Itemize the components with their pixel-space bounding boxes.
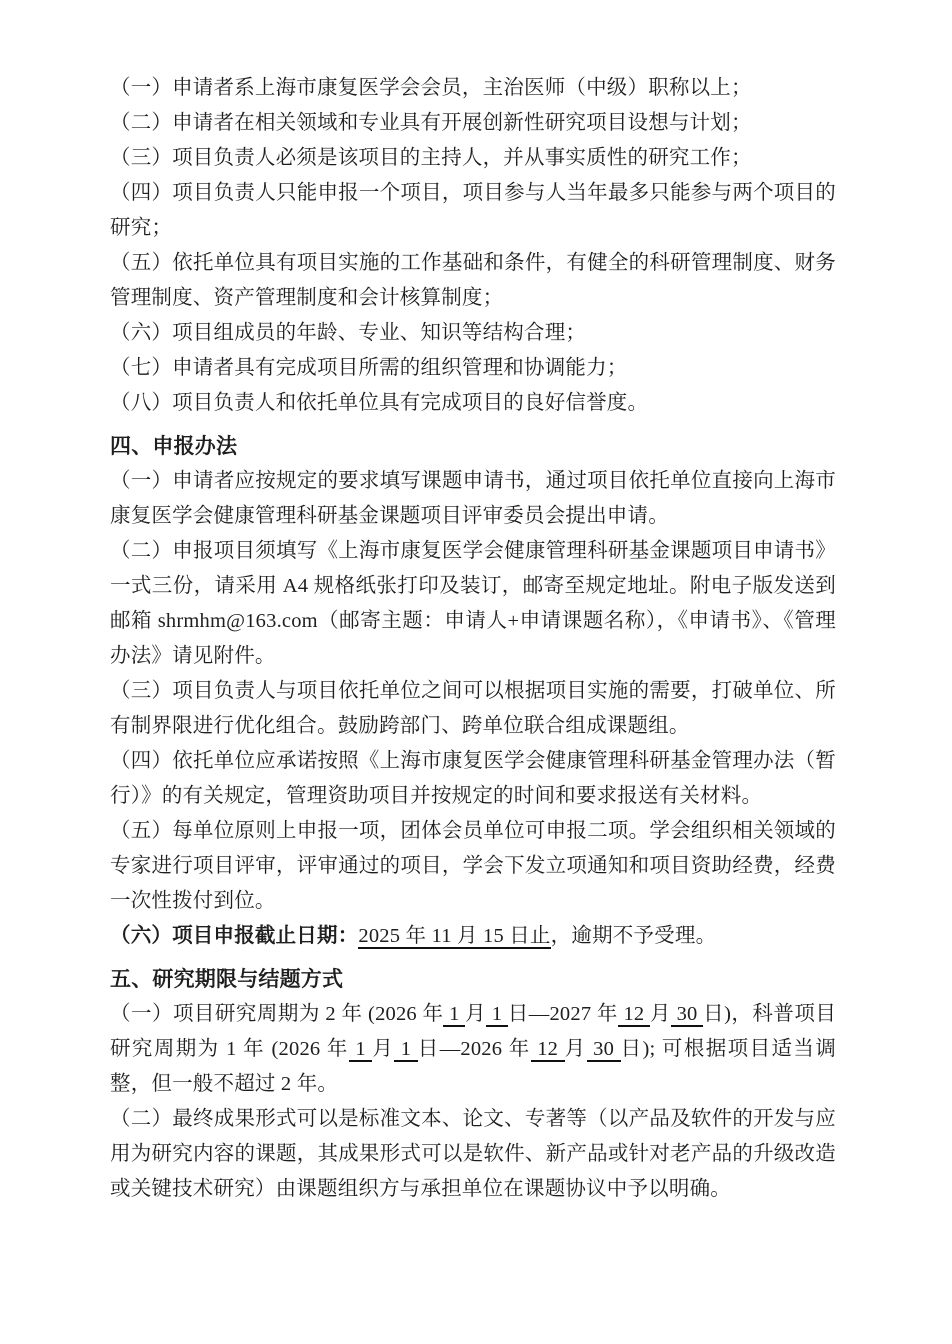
- document-page: （一）申请者系上海市康复医学会会员，主治医师（中级）职称以上；（二）申请者在相关…: [0, 0, 952, 1344]
- criteria-item-2: （二）申请者在相关领域和专业具有开展创新性研究项目设想与计划；: [110, 106, 836, 141]
- text-segment: 五、研究期限与结题方式: [110, 967, 343, 991]
- text-segment: 12: [618, 1003, 650, 1027]
- application-item-6: （六）项目申报截止日期：2025 年 11 月 15 日止，逾期不予受理。: [110, 919, 836, 954]
- text-segment: （二）申报项目须填写《上海市康复医学会健康管理科研基金课题项目申请书》一式三份，…: [110, 540, 836, 667]
- criteria-item-1: （一）申请者系上海市康复医学会会员，主治医师（中级）职称以上；: [110, 71, 836, 106]
- text-segment: （六）项目组成员的年龄、专业、知识等结构合理；: [110, 322, 586, 344]
- text-segment: （二）申请者在相关领域和专业具有开展创新性研究项目设想与计划；: [110, 112, 752, 134]
- text-segment: 1: [486, 1003, 508, 1027]
- text-segment: ，逾期不予受理。: [551, 925, 717, 947]
- text-segment: （七）申请者具有完成项目所需的组织管理和协调能力；: [110, 357, 628, 379]
- text-segment: 2025 年 11 月 15 日止: [358, 925, 550, 949]
- text-segment: 月: [372, 1038, 394, 1060]
- text-segment: （六）项目申报截止日期：: [110, 925, 358, 947]
- text-segment: （五）每单位原则上申报一项，团体会员单位可申报二项。学会组织相关领域的专家进行项…: [110, 820, 836, 912]
- section-heading-5: 五、研究期限与结题方式: [110, 962, 836, 997]
- text-segment: （五）依托单位具有项目实施的工作基础和条件，有健全的科研管理制度、财务管理制度、…: [110, 252, 836, 309]
- section-heading-4: 四、申报办法: [110, 429, 836, 464]
- criteria-item-5: （五）依托单位具有项目实施的工作基础和条件，有健全的科研管理制度、财务管理制度、…: [110, 246, 836, 316]
- text-segment: （四）项目负责人只能申报一个项目，项目参与人当年最多只能参与两个项目的研究；: [110, 182, 836, 239]
- text-segment: （二）最终成果形式可以是标准文本、论文、专著等（以产品及软件的开发与应用为研究内…: [110, 1108, 836, 1200]
- text-segment: （一）项目研究周期为 2 年 (2026 年: [110, 1003, 443, 1025]
- text-segment: （一）申请者应按规定的要求填写课题申请书，通过项目依托单位直接向上海市康复医学会…: [110, 470, 836, 527]
- application-item-3: （三）项目负责人与项目依托单位之间可以根据项目实施的需要，打破单位、所有制界限进…: [110, 674, 836, 744]
- text-segment: 30: [587, 1038, 621, 1062]
- period-item-2: （二）最终成果形式可以是标准文本、论文、专著等（以产品及软件的开发与应用为研究内…: [110, 1102, 836, 1207]
- criteria-item-7: （七）申请者具有完成项目所需的组织管理和协调能力；: [110, 351, 836, 386]
- text-segment: 日—2027 年: [508, 1003, 618, 1025]
- text-segment: 月: [465, 1003, 486, 1025]
- text-segment: 月: [565, 1038, 587, 1060]
- text-segment: 30: [671, 1003, 703, 1027]
- text-segment: 1: [349, 1038, 373, 1062]
- text-segment: （三）项目负责人必须是该项目的主持人，并从事实质性的研究工作；: [110, 147, 752, 169]
- criteria-item-8: （八）项目负责人和依托单位具有完成项目的良好信誉度。: [110, 386, 836, 421]
- text-segment: （三）项目负责人与项目依托单位之间可以根据项目实施的需要，打破单位、所有制界限进…: [110, 680, 836, 737]
- application-item-1: （一）申请者应按规定的要求填写课题申请书，通过项目依托单位直接向上海市康复医学会…: [110, 464, 836, 534]
- text-segment: （一）申请者系上海市康复医学会会员，主治医师（中级）职称以上；: [110, 77, 752, 99]
- text-segment: 12: [531, 1038, 565, 1062]
- application-item-5: （五）每单位原则上申报一项，团体会员单位可申报二项。学会组织相关领域的专家进行项…: [110, 814, 836, 919]
- text-segment: 日—2026 年: [418, 1038, 531, 1060]
- text-segment: 月: [650, 1003, 671, 1025]
- criteria-item-6: （六）项目组成员的年龄、专业、知识等结构合理；: [110, 316, 836, 351]
- text-segment: （八）项目负责人和依托单位具有完成项目的良好信誉度。: [110, 392, 648, 414]
- text-segment: 1: [443, 1003, 465, 1027]
- application-item-2: （二）申报项目须填写《上海市康复医学会健康管理科研基金课题项目申请书》一式三份，…: [110, 534, 836, 674]
- criteria-item-4: （四）项目负责人只能申报一个项目，项目参与人当年最多只能参与两个项目的研究；: [110, 176, 836, 246]
- period-item-1: （一）项目研究周期为 2 年 (2026 年 1 月 1 日—2027 年 12…: [110, 997, 836, 1102]
- criteria-item-3: （三）项目负责人必须是该项目的主持人，并从事实质性的研究工作；: [110, 141, 836, 176]
- text-segment: 1: [394, 1038, 418, 1062]
- text-segment: 四、申报办法: [110, 434, 237, 458]
- document-body: （一）申请者系上海市康复医学会会员，主治医师（中级）职称以上；（二）申请者在相关…: [110, 71, 836, 1207]
- application-item-4: （四）依托单位应承诺按照《上海市康复医学会健康管理科研基金管理办法（暂行）》的有…: [110, 744, 836, 814]
- text-segment: （四）依托单位应承诺按照《上海市康复医学会健康管理科研基金管理办法（暂行）》的有…: [110, 750, 836, 807]
